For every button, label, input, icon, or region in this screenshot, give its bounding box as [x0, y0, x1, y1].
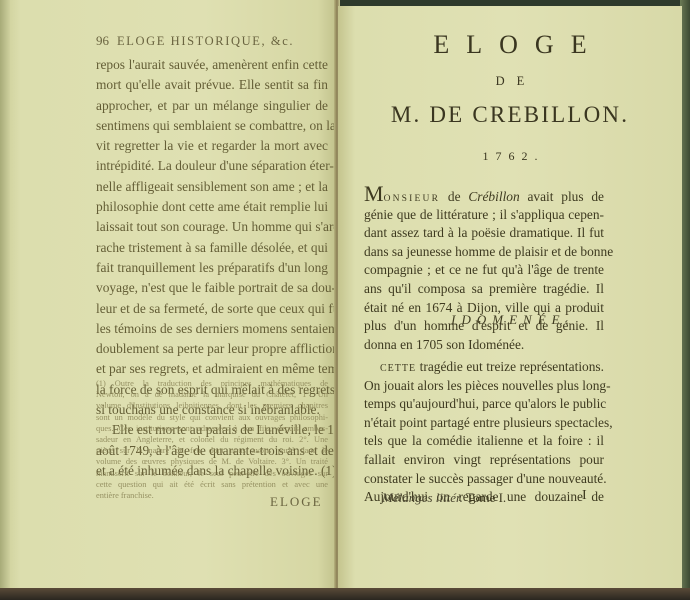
text-line: constater le succès passager d'une nouve… — [364, 470, 604, 489]
text-line: dant assez tard à la poësie dramatique. … — [364, 224, 604, 243]
paragraph-2: CETTE tragédie eut treize représentation… — [364, 358, 604, 507]
text-line: repos l'aurait sauvée, amenèrent enfin c… — [96, 55, 328, 75]
footnote-line: volume d'Institutions leibnitiennes, don… — [96, 400, 328, 411]
right-page: ELOGE DE M. DE CREBILLON. 1762. MONSIEUR… — [338, 6, 682, 596]
title-de: DE — [338, 74, 682, 89]
text-line: nelle affligeait sensiblement son ame ; … — [96, 177, 328, 197]
text-line: temps qu'aujourd'hui, parce qu'alors le … — [364, 395, 604, 414]
footnote-line: manuscrit sur le bonheur, le seul peut-ê… — [96, 468, 328, 479]
page-edge — [0, 0, 10, 590]
signature-mark: I — [582, 488, 587, 504]
footnote-line: sont un modèle du style qui convient aux… — [96, 412, 328, 423]
open-book: 96ELOGE HISTORIQUE, &c. repos l'aurait s… — [0, 0, 690, 600]
text-line: leur et de sa fermeté, de sorte que ceux… — [96, 299, 328, 319]
text-line: voyage, n'est que le faible portrait de … — [96, 278, 328, 298]
text-span: avait plus de — [520, 189, 604, 204]
drop-cap: M — [364, 181, 384, 206]
text-line: dans sa jeunesse homme de plaisir et de … — [364, 243, 604, 262]
paragraph-1: MONSIEUR de Crébillon avait plus de géni… — [364, 187, 604, 354]
catchword: ELOGE — [270, 494, 323, 510]
text-line: approcher, et par un mélange singulier d… — [96, 96, 328, 116]
text-line: vit regretter la vie et regarder la mort… — [96, 136, 328, 156]
running-head-title: ELOGE HISTORIQUE, &c. — [117, 34, 294, 48]
signature-title: Mélanges littér. — [382, 490, 463, 505]
text-line: rache tristement à sa famille désolée, e… — [96, 238, 328, 258]
small-caps: ONSIEUR — [384, 194, 441, 204]
footnote-line: sadeur en Angleterre, et colonel du régi… — [96, 434, 328, 445]
text-span: tragédie eut treize représentations. — [416, 359, 604, 374]
text-line: intrépidité. La douleur d'une séparation… — [96, 156, 328, 176]
text-line: mort qu'elle avait prévue. Elle sentit s… — [96, 75, 328, 95]
text-line: philosophie dont cette ame était remplie… — [96, 197, 328, 217]
small-caps: CETTE — [380, 363, 416, 374]
text-line: doublement sa perte par leur propre affl… — [96, 339, 328, 359]
footnote-line: (1) Outre la traduction des principes ma… — [96, 378, 328, 389]
text-line: compagnie ; et ce ne fut qu'à l'âge de t… — [364, 261, 604, 280]
italic-name: Crébillon — [468, 189, 519, 204]
text-line: sentimens qui semblaient se combattre, o… — [96, 116, 328, 136]
text-line: et par ses regrets, et admiraient en mêm… — [96, 359, 328, 379]
title-year: 1762. — [338, 149, 682, 164]
left-page: 96ELOGE HISTORIQUE, &c. repos l'aurait s… — [0, 0, 338, 590]
text-line: donna en 1705 son Idoménée. — [364, 336, 604, 355]
text-line: CETTE tragédie eut treize représentation… — [364, 358, 604, 377]
text-line: laissait tout son courage. Un homme qui … — [96, 217, 328, 237]
text-span: de — [440, 189, 468, 204]
footnote-line: volume des œuvres physiques de M. de Vol… — [96, 456, 328, 467]
text-line: tels que la comédie italienne et la foir… — [364, 432, 604, 451]
text-line: génie que de littérature ; il s'appliqua… — [364, 206, 604, 225]
text-line: MONSIEUR de Crébillon avait plus de — [364, 187, 604, 206]
running-head: 96ELOGE HISTORIQUE, &c. — [96, 33, 336, 49]
title-subject: M. DE CREBILLON. — [338, 102, 682, 128]
text-line: fait tranquillement les préparatifs d'un… — [96, 258, 328, 278]
book-cover-bottom — [0, 588, 690, 600]
text-line: n'était point partagé entre plusieurs sp… — [364, 414, 604, 433]
section-heading: IDOMENÉE. — [338, 312, 682, 328]
text-line: On jouait alors les pièces nouvelles plu… — [364, 377, 604, 396]
signature-tome: Tome I. — [463, 490, 506, 505]
text-line: les témoins de ses derniers momens senta… — [96, 319, 328, 339]
text-line: fallait environ vingt représentations po… — [364, 451, 604, 470]
text-line: ans qu'il composa sa première tragédie. … — [364, 280, 604, 299]
page-number: 96 — [96, 33, 109, 48]
footnote: (1) Outre la traduction des principes ma… — [96, 378, 328, 501]
footnote-line: ques. Ces institutions sont adressées à … — [96, 423, 328, 434]
footnote-line: Newton, on a de madame la marquise du Ch… — [96, 389, 328, 400]
footnote-line: cette question qui ait été écrit sans pr… — [96, 479, 328, 490]
footnote-line: pièce sur la nature du feu, dont nous av… — [96, 445, 328, 456]
page-title: ELOGE — [338, 30, 682, 60]
signature-line: Mélanges littér. Tome I. I — [382, 490, 602, 506]
